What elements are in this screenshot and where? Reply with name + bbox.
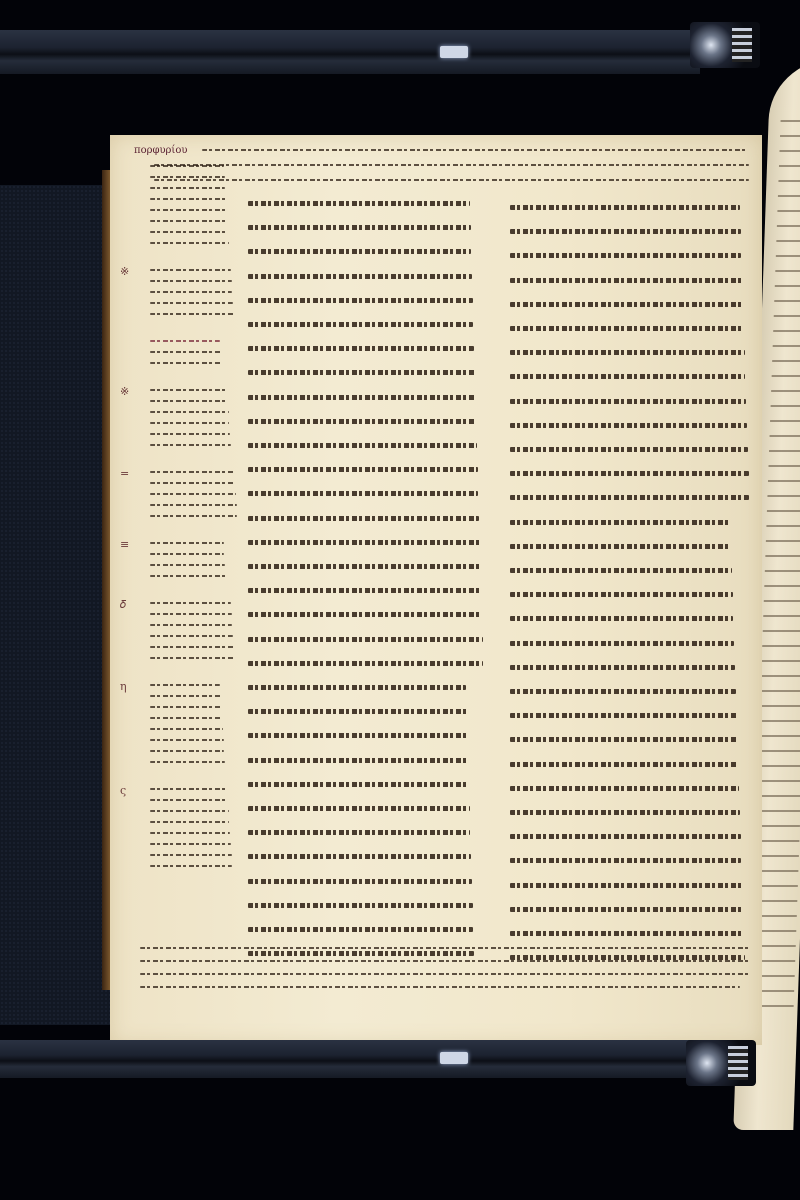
facing-page-text-line [775,285,800,287]
main-right-line [510,278,742,283]
facing-page-text-line [773,330,800,332]
main-right-line [510,689,736,694]
facing-page-text-line [774,300,800,302]
margin-scholion-line [150,198,226,200]
facing-page-text-line [778,195,800,197]
facing-page-text-line [766,525,800,527]
margin-scholion-line [150,602,231,604]
bottom-clamp [686,1040,756,1086]
main-left-line [248,564,481,569]
main-right-line [510,762,738,767]
scholion-marker-icon: ς [120,784,126,797]
main-left-line [248,709,467,714]
main-right-line [510,447,748,452]
margin-scholion-line [150,613,232,615]
facing-page-text-line [759,750,800,752]
scholion-marker-icon: ※ [120,265,129,278]
facing-page-text-line [759,735,800,737]
main-left-line [248,661,483,666]
main-right-line [510,568,732,573]
header-scholion-line [154,179,749,181]
margin-scholion-line [150,635,233,637]
margin-scholion-line [150,542,224,544]
scholion-marker-icon: = [120,467,129,480]
facing-page-text-line [774,315,800,317]
margin-scholion-line [150,291,232,293]
facing-page-text-line [760,720,800,722]
top-holder-rail [0,30,700,74]
main-left-line [248,346,474,351]
facing-page-text-line [763,630,800,632]
rail-clip-top [440,46,468,58]
main-left-line [248,854,471,859]
facing-page-text-line [764,600,800,602]
margin-scholion-line [150,684,220,686]
facing-page-text-line [780,135,800,137]
facing-page-text-line [770,435,800,437]
facing-page-text-line [762,660,800,662]
main-left-line [248,927,473,932]
facing-page-text-line [769,450,800,452]
margin-scholion-line [150,657,234,659]
facing-page-text-line [771,390,800,392]
facing-page-text-line [777,210,800,212]
margin-scholion-line [150,351,221,353]
facing-page-text-line [766,540,800,542]
facing-page-text-line [761,675,800,677]
main-right-line [510,737,737,742]
margin-scholion-line [150,624,232,626]
main-left-line [248,249,471,254]
margin-scholion-line [150,761,225,763]
scholion-marker-icon: ※ [120,385,129,398]
facing-page-text-line [776,255,800,257]
main-right-line [510,641,734,646]
facing-page-text-line [777,225,800,227]
main-left-line [248,443,477,448]
margin-scholion-line [150,389,227,391]
margin-scholion-line [150,340,220,342]
margin-scholion-line [150,313,234,315]
facing-page-text-line [756,810,800,812]
main-right-line [510,544,731,549]
manuscript-page: πορφυρίου ※※=≡𝛿ης [110,135,762,1045]
margin-scholion-line [150,717,222,719]
main-left-line [248,806,470,811]
margin-scholion-line [150,220,227,222]
margin-scholion-line [150,165,224,167]
facing-page-text-line [764,585,800,587]
facing-page-text-line [770,420,800,422]
bottom-holder-rail [0,1040,700,1078]
facing-page-text-line [776,240,800,242]
main-right-line [510,423,747,428]
facing-page-text-line [772,360,800,362]
margin-scholion-line [150,471,235,473]
margin-scholion-line [150,739,224,741]
main-right-line [510,399,746,404]
margin-scholion-line [150,422,229,424]
margin-scholion-line [150,695,221,697]
facing-page-text-line [756,825,800,827]
margin-scholion-line [150,411,229,413]
facing-page-text-line [760,705,800,707]
header-scholion-line [154,164,749,166]
main-right-line [510,205,740,210]
margin-scholion-line [150,799,228,801]
margin-scholion-line [150,209,227,211]
margin-scholion-line [150,280,232,282]
margin-scholion-line [150,865,232,867]
main-right-line [510,326,744,331]
margin-scholion-line [150,788,227,790]
margin-scholion-line [150,504,237,506]
margin-scholion-line [150,444,231,446]
main-right-line [510,471,749,476]
margin-scholion-line [150,750,224,752]
margin-scholion-line [150,728,223,730]
margin-scholion-line [150,400,228,402]
facing-page-text-line [768,480,800,482]
main-right-line [510,592,733,597]
main-left-line [248,201,470,206]
margin-scholion-line [150,187,225,189]
main-left-line [248,830,470,835]
scholion-marker-icon: ≡ [120,538,129,551]
main-left-line [248,298,473,303]
facing-page-text-line [767,510,800,512]
margin-scholion-line [150,269,231,271]
rubric-label: πορφυρίου [134,145,187,156]
main-right-line [510,253,741,258]
main-left-line [248,419,476,424]
facing-page-text-line [767,495,800,497]
margin-scholion-line [150,646,234,648]
facing-page-text-line [778,180,800,182]
main-right-line [510,907,743,912]
main-right-line [510,786,739,791]
margin-scholion-line [150,553,224,555]
facing-page-text-line [781,120,800,122]
facing-page-text-line [762,645,800,647]
footer-scholion-line [140,947,750,949]
main-right-line [510,834,741,839]
margin-scholion-line [150,482,235,484]
main-right-line [510,713,737,718]
header-scholion-line [202,149,747,151]
facing-page-text-line [771,405,800,407]
main-left-line [248,685,466,690]
main-right-line [510,520,730,525]
margin-scholion-line [150,706,221,708]
main-left-line [248,540,480,545]
facing-page-text-line [765,570,800,572]
main-left-line [248,879,472,884]
main-left-line [248,370,475,375]
main-right-line [510,810,740,815]
main-right-line [510,883,742,888]
facing-page-text-line [757,795,800,797]
main-left-line [248,733,468,738]
main-left-line [248,467,478,472]
main-left-line [248,951,474,956]
facing-page-text-line [765,555,800,557]
main-left-line [248,612,482,617]
margin-scholion-line [150,575,226,577]
facing-page-text-line [779,150,800,152]
main-right-line [510,302,743,307]
top-clamp [690,22,760,68]
facing-page-text-line [768,465,800,467]
main-left-line [248,637,483,642]
footer-scholion-line [140,973,750,975]
facing-page-text-line [779,165,800,167]
margin-scholion-line [150,493,236,495]
margin-scholion-line [150,362,222,364]
main-left-line [248,782,469,787]
margin-scholion-line [150,242,229,244]
facing-page-text-line [761,690,800,692]
margin-scholion-line [150,176,225,178]
facing-page-text-line [763,615,800,617]
margin-scholion-line [150,231,228,233]
facing-page-text-line [757,780,800,782]
margin-scholion-line [150,433,230,435]
main-right-line [510,616,733,621]
scholion-marker-icon: η [120,680,127,693]
felt-backing [0,185,112,1025]
rail-clip-bottom [440,1052,468,1064]
facing-page-text-line [775,270,800,272]
margin-scholion-line [150,302,233,304]
facing-page-text-line [758,765,800,767]
margin-scholion-line [150,821,229,823]
main-right-line [510,931,744,936]
main-left-line [248,588,481,593]
main-left-line [248,516,479,521]
facing-page-text-line [773,345,800,347]
margin-scholion-line [150,515,237,517]
main-right-line [510,495,749,500]
main-left-line [248,274,472,279]
main-right-line [510,665,735,670]
facing-page-text-line [772,375,800,377]
margin-scholion-line [150,832,230,834]
main-right-line [510,350,745,355]
main-right-line [510,374,745,379]
margin-scholion-line [150,564,225,566]
main-left-line [248,903,473,908]
main-left-line [248,395,476,400]
main-left-line [248,322,473,327]
main-left-line [248,758,468,763]
margin-scholion-line [150,843,231,845]
main-left-line [248,491,478,496]
footer-scholion-line [140,960,750,962]
scholion-marker-icon: 𝛿 [120,598,126,612]
main-right-line [510,858,741,863]
footer-scholion-line [140,986,740,988]
main-right-line [510,229,741,234]
margin-scholion-line [150,810,229,812]
main-left-line [248,225,471,230]
margin-scholion-line [150,854,232,856]
